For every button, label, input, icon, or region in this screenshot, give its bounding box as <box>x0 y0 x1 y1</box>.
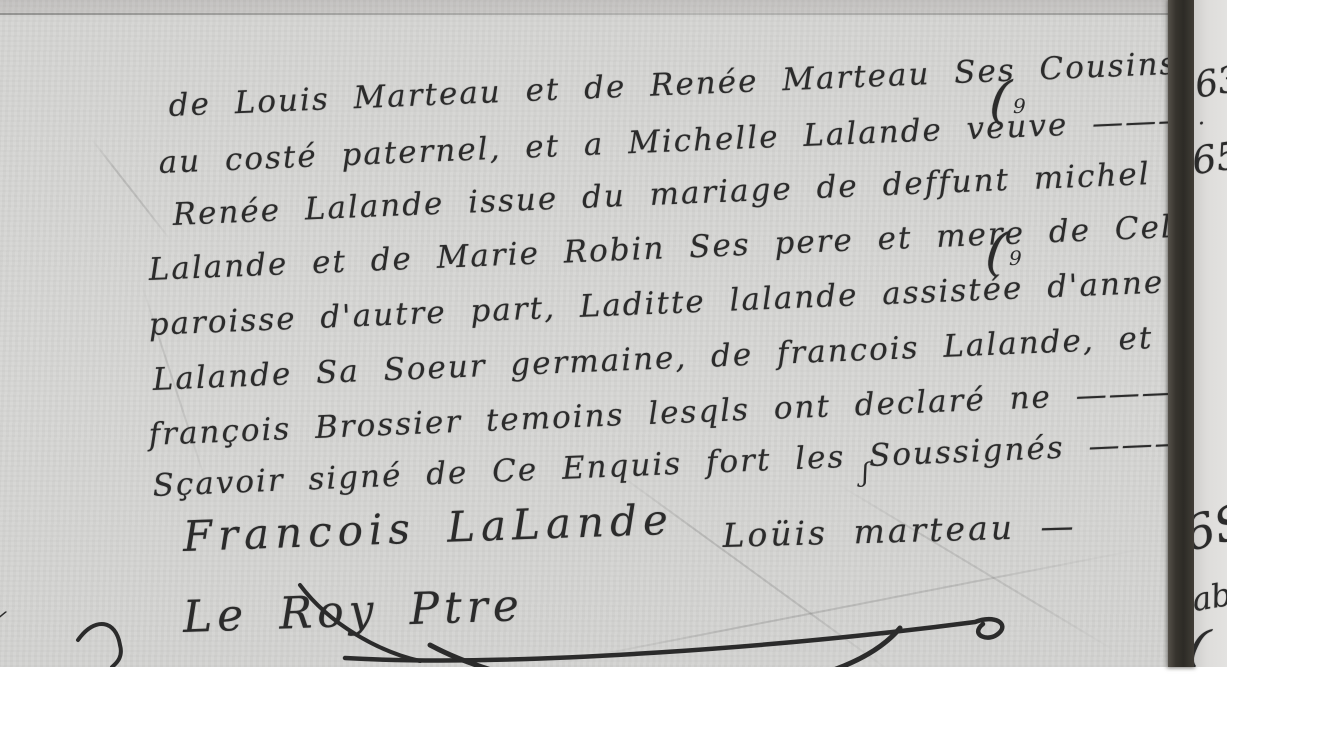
margin-fragment-lower: 6S <box>1194 493 1227 563</box>
margin-number-mid: 65 <box>1194 133 1227 183</box>
page-top-edge-band <box>0 0 1168 13</box>
margin-number-top: 63 <box>1194 58 1227 106</box>
priest-signature: Le Roy Ptre <box>182 580 525 643</box>
paper-crease <box>556 548 1145 664</box>
margin-fragment-lower-3: ( <box>1194 617 1214 667</box>
manuscript-page: de Louis Marteau et de Renée Marteau Ses… <box>0 0 1168 667</box>
left-edge-ink-fragment: ⁄ <box>0 606 1 636</box>
paraph-under-curve <box>430 628 900 667</box>
witness-signature-2: Loüis marteau — <box>722 506 1077 555</box>
bottom-left-ink-fragment <box>78 624 121 667</box>
scan-viewport: de Louis Marteau et de Renée Marteau Ses… <box>0 0 1342 755</box>
ink-tick-mark: ʃ <box>862 458 869 488</box>
binding-gutter <box>1168 0 1194 667</box>
margin-fragment-lower-2: ab <box>1194 575 1227 619</box>
ink-flourish-digit: 9 <box>1013 94 1026 118</box>
adjacent-page-edge: 63 · 65 6S ab ( <box>1194 0 1227 667</box>
witness-signature-1: Francois LaLande <box>182 495 675 561</box>
paper-crease <box>835 482 1119 654</box>
page-fold-line <box>0 13 1168 15</box>
ink-flourish-digit: 9 <box>1009 246 1022 270</box>
margin-dot: · <box>1198 112 1205 137</box>
